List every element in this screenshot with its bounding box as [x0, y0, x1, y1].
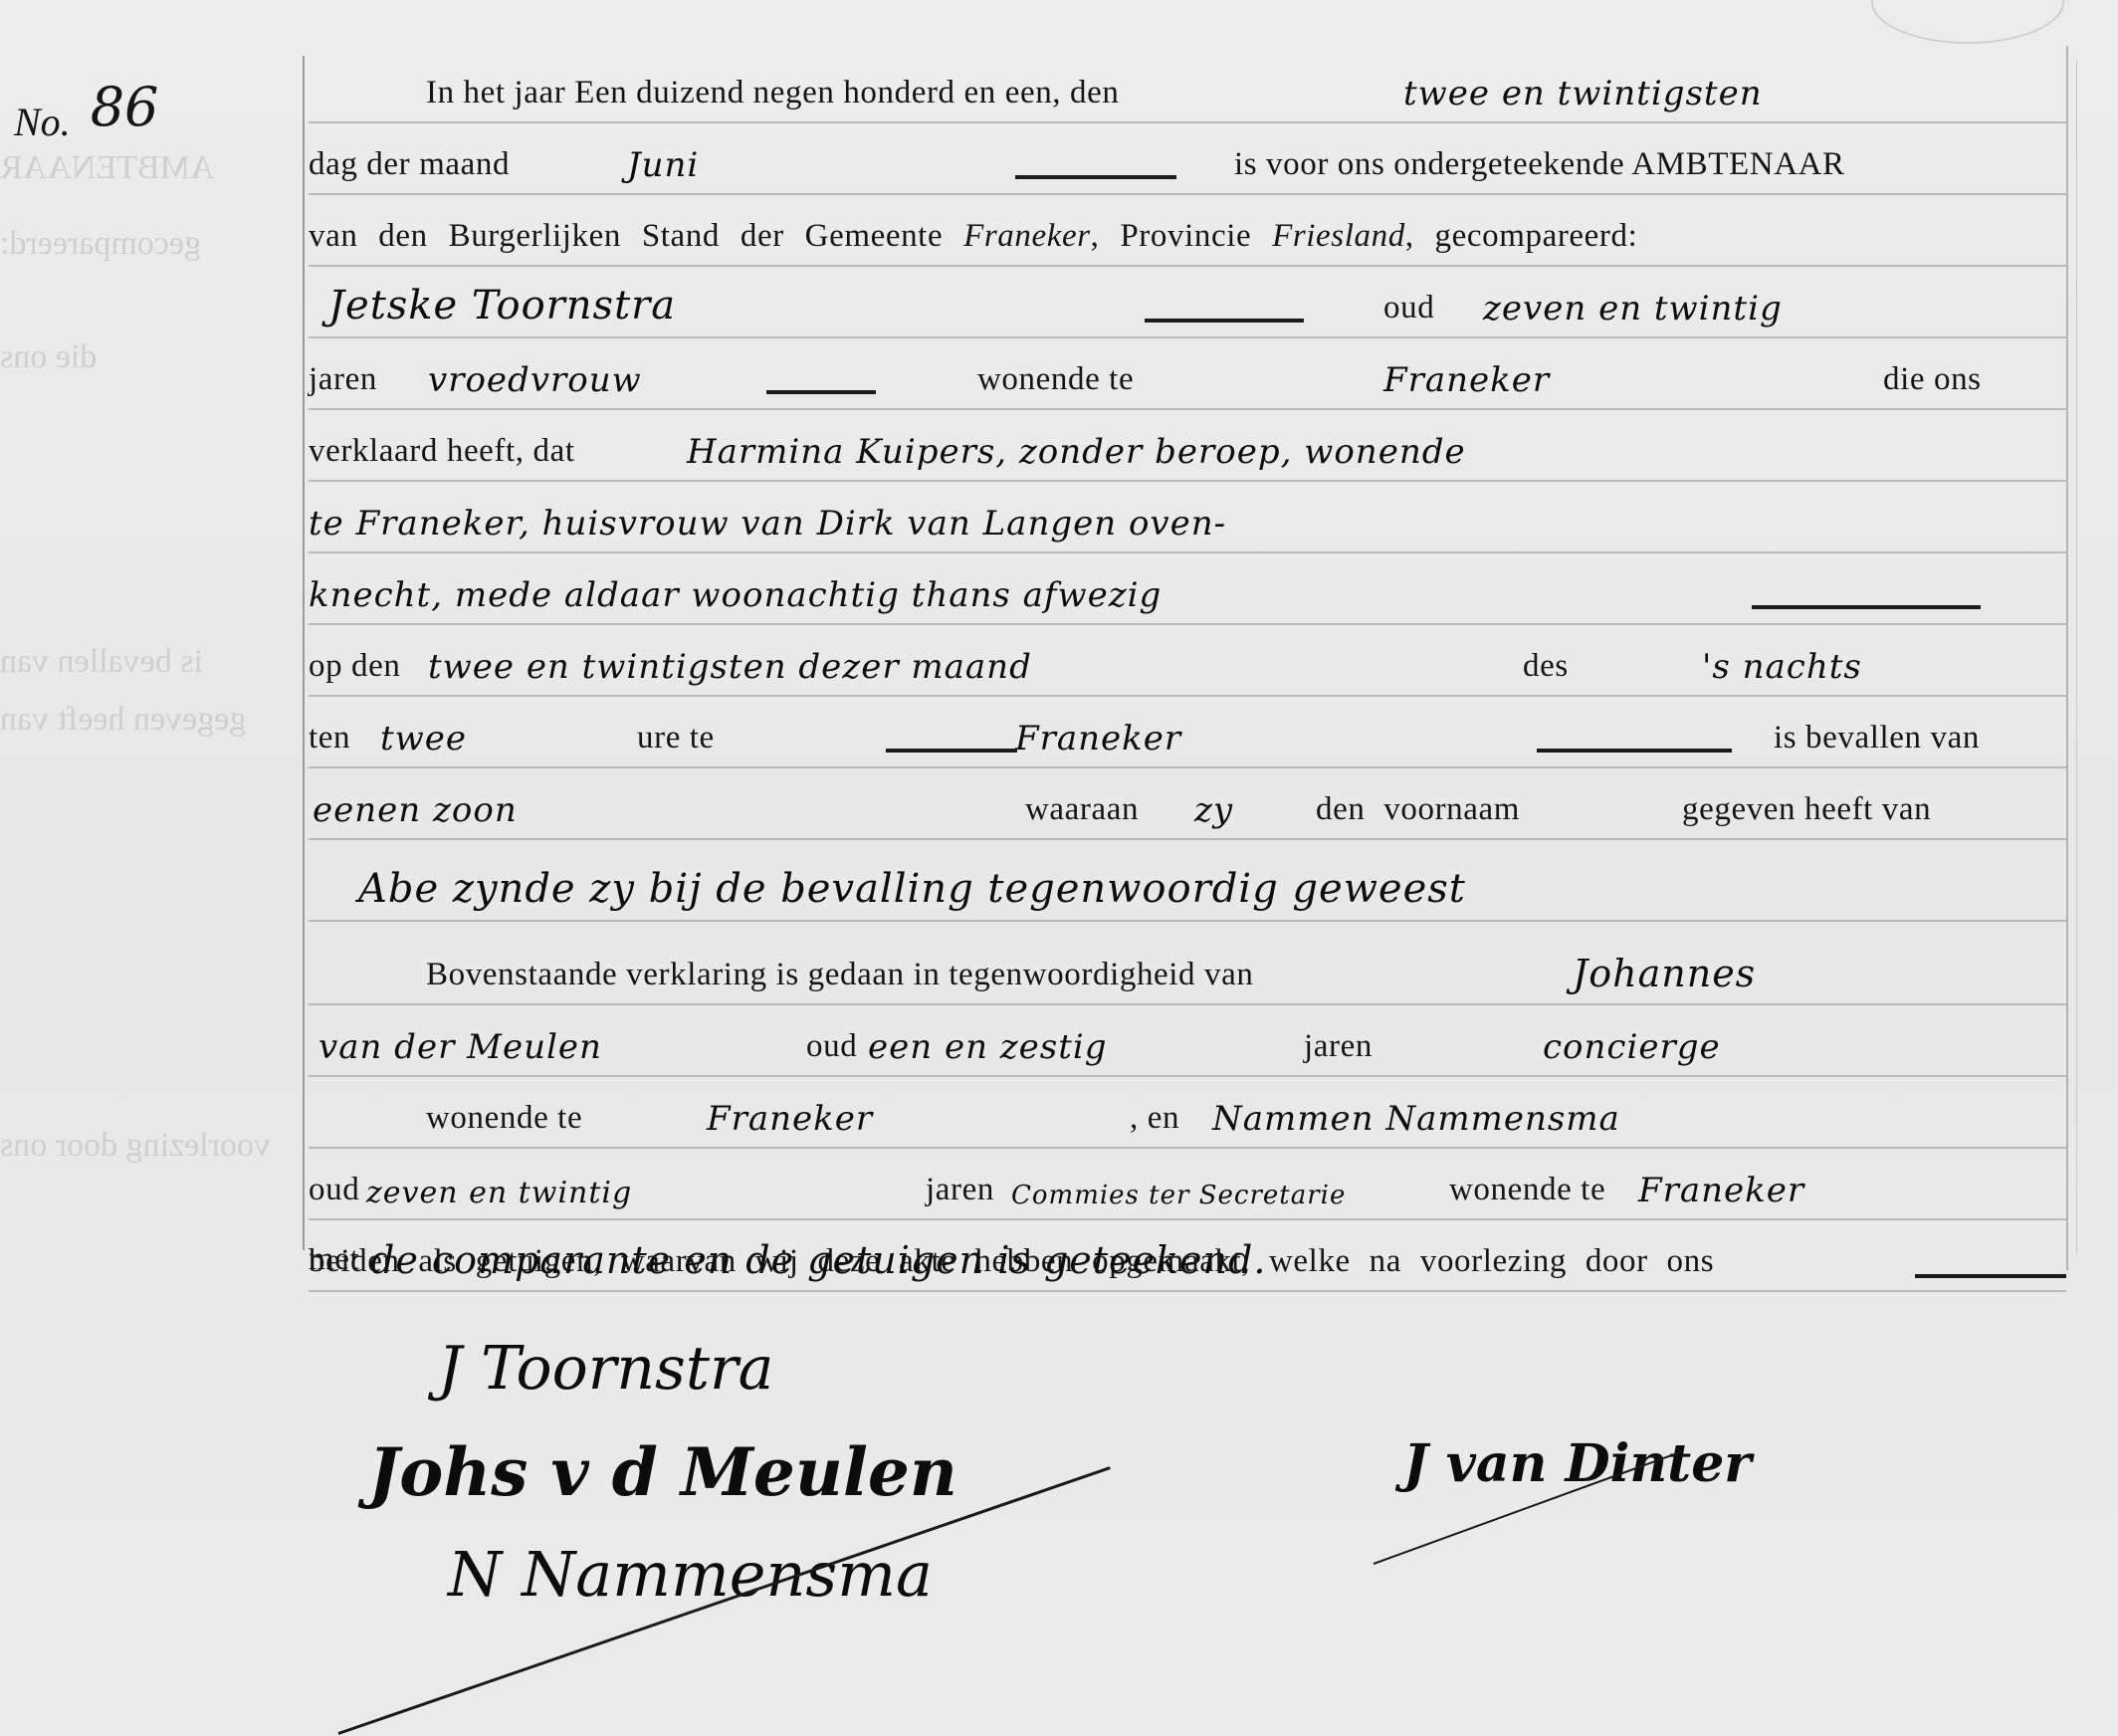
fill-dash [1015, 175, 1176, 179]
printed-text: met [309, 1241, 359, 1278]
document-line: Jetske Toornstra oud zeven en twintig [309, 265, 2066, 338]
document-line: van den Burgerlijken Stand der Gemeente … [309, 193, 2066, 267]
bleed-through-text: AMBTENAAR [0, 149, 299, 187]
handwritten-birthplace: Franeker [1015, 719, 1181, 759]
margin-rule [303, 56, 305, 1250]
signature-witness-1: Johs v d Meulen [368, 1433, 957, 1511]
document-line: ten twee ure te Franeker is bevallen van [309, 695, 2066, 768]
document-line: met de comparante en de getuigen is gete… [309, 1175, 2066, 1292]
handwritten-month: Juni [627, 145, 699, 185]
handwritten-witness-1-surname: van der Meulen [318, 1027, 602, 1067]
document-line: van der Meulen oud een en zestig jaren c… [309, 1003, 2066, 1077]
bleed-through-text: is bevallen van [0, 643, 299, 681]
handwritten-closing: de comparante en de getuigen is geteeken… [370, 1238, 1266, 1282]
record-number-value: 86 [91, 76, 159, 138]
printed-text: jaren [1304, 1028, 1373, 1065]
handwritten-hour: twee [380, 719, 467, 759]
document-line: te Franeker, huisvrouw van Dirk van Lang… [309, 480, 2066, 553]
bleed-through-text: die ons [0, 338, 299, 376]
fill-dash [886, 749, 1017, 753]
signature-official: J van Dinter [1403, 1433, 1752, 1494]
handwritten-witness-1-first-name: Johannes [1573, 952, 1756, 995]
printed-text: is voor ons ondergeteekende AMBTENAAR [1234, 146, 1845, 183]
fill-dash [1752, 605, 1981, 609]
printed-text: gegeven heeft van [1682, 791, 1931, 828]
printed-text: wonende te [426, 1100, 582, 1137]
handwritten-witness-1-residence: Franeker [707, 1099, 873, 1139]
printed-text: oud [806, 1028, 857, 1065]
bleed-through-text: gecompareerd: [0, 225, 299, 263]
document-line: dag der maand Juni is voor ons ondergete… [309, 121, 2066, 195]
printed-text: die ons [1883, 361, 1982, 398]
document-line: eenen zoon waaraan zy den voornaam gegev… [309, 766, 2066, 840]
fill-dash [1145, 319, 1304, 323]
document-line: In het jaar Een duizend negen honderd en… [309, 50, 2066, 123]
document-line: Bovenstaande verklaring is gedaan in teg… [309, 932, 2066, 1005]
printed-text: In het jaar Een duizend negen honderd en… [426, 75, 1119, 111]
right-border-rule [2066, 46, 2068, 1270]
right-border-rule [2076, 60, 2077, 1254]
printed-text: van den Burgerlijken Stand der Gemeente [309, 218, 943, 254]
bleed-through-text: gegeven heeft van [0, 701, 299, 739]
printed-text: , gecompareerd: [1405, 218, 1638, 254]
record-number-label: No. [14, 100, 71, 144]
handwritten-witness-2-name: Nammen Nammensma [1212, 1099, 1620, 1139]
handwritten-occupation: vroedvrouw [428, 360, 642, 400]
printed-text: op den [309, 648, 401, 685]
printed-text: waaraan [1025, 791, 1139, 828]
document-line: verklaard heeft, dat Harmina Kuipers, zo… [309, 408, 2066, 482]
handwritten-declarant-name: Jetske Toornstra [328, 283, 676, 328]
fill-dash [1915, 1274, 2066, 1278]
signature-declarant: J Toornstra [438, 1334, 773, 1404]
handwritten-time-of-day: 's nachts [1702, 647, 1862, 687]
document-line: wonende te Franeker , en Nammen Nammensm… [309, 1075, 2066, 1149]
document-line: Abe zynde zy bij de bevalling tegenwoord… [309, 848, 2066, 922]
printed-text: is bevallen van [1774, 720, 1980, 757]
handwritten-text: te Franeker, huisvrouw van Dirk van Lang… [309, 504, 1226, 543]
fill-dash [1537, 749, 1732, 753]
handwritten-day: twee en twintigsten [1403, 74, 1763, 113]
printed-text: verklaard heeft, dat [309, 433, 575, 470]
printed-text: des [1523, 648, 1569, 685]
record-number: No.86 [14, 86, 158, 148]
handwritten-text: zy [1194, 790, 1233, 830]
printed-text: ure te [637, 720, 715, 757]
printed-text: van den Burgerlijken Stand der Gemeente … [309, 218, 1637, 255]
fill-dash [766, 390, 876, 394]
printed-text: den voornaam [1316, 791, 1520, 828]
printed-text: Bovenstaande verklaring is gedaan in teg… [426, 957, 1253, 993]
handwritten-age: zeven en twintig [1483, 289, 1783, 328]
stamp-mark [1871, 0, 2064, 44]
printed-text: ten [309, 720, 350, 757]
handwritten-witness-1-age: een en zestig [868, 1027, 1108, 1067]
handwritten-child-name: Abe zynde zy bij de bevalling tegenwoord… [358, 866, 1466, 912]
printed-text: , en [1130, 1100, 1179, 1137]
printed-text: dag der maand [309, 146, 510, 183]
signature-witness-2: N Nammensma [448, 1538, 933, 1611]
printed-text: oud [1383, 290, 1434, 326]
document-line: jaren vroedvrouw wonende te Franeker die… [309, 336, 2066, 410]
handwritten-witness-1-occupation: concierge [1543, 1027, 1721, 1067]
handwritten-residence: Franeker [1383, 360, 1550, 400]
printed-text: , Provincie [1091, 218, 1252, 254]
document-page: AMBTENAAR gecompareerd: die ons is beval… [0, 0, 2118, 1736]
printed-place: Franeker [963, 218, 1091, 254]
handwritten-mother: Harmina Kuipers, zonder beroep, wonende [687, 432, 1466, 472]
document-line: knecht, mede aldaar woonachtig thans afw… [309, 551, 2066, 625]
printed-province: Friesland [1272, 218, 1405, 254]
printed-text: wonende te [977, 361, 1134, 398]
printed-text: jaren [309, 361, 377, 398]
document-line: op den twee en twintigsten dezer maand d… [309, 623, 2066, 697]
handwritten-date: twee en twintigsten dezer maand [428, 647, 1032, 687]
bleed-through-text: voorlezing door ons [0, 1127, 299, 1165]
handwritten-child-sex: eenen zoon [313, 790, 518, 830]
handwritten-text: knecht, mede aldaar woonachtig thans afw… [309, 575, 1162, 615]
